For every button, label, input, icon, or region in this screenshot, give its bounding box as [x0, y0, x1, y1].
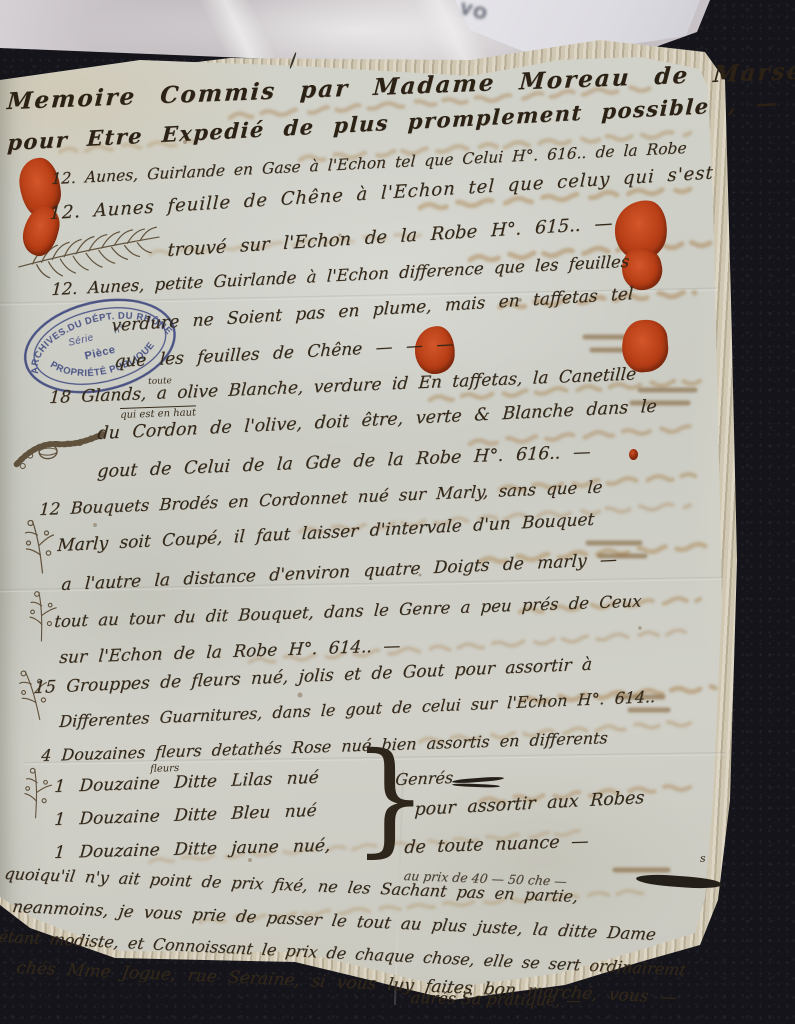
- interline-note: s: [700, 852, 706, 865]
- flower-wreath-sketch: [8, 417, 111, 482]
- stamp-serie: Série: [67, 332, 95, 349]
- manuscript-line: aurés Sa pratique, —: [410, 988, 583, 1010]
- stamp-piece: Pièce: [84, 344, 117, 363]
- archival-photo: VO: [0, 0, 795, 1024]
- interline-note: fleurs: [150, 763, 179, 775]
- interline-note: toute: [148, 376, 172, 387]
- interline-note: qui est en haut: [120, 405, 196, 421]
- wax-speck: [629, 449, 638, 460]
- annotation-genre: Genrés: [395, 768, 454, 789]
